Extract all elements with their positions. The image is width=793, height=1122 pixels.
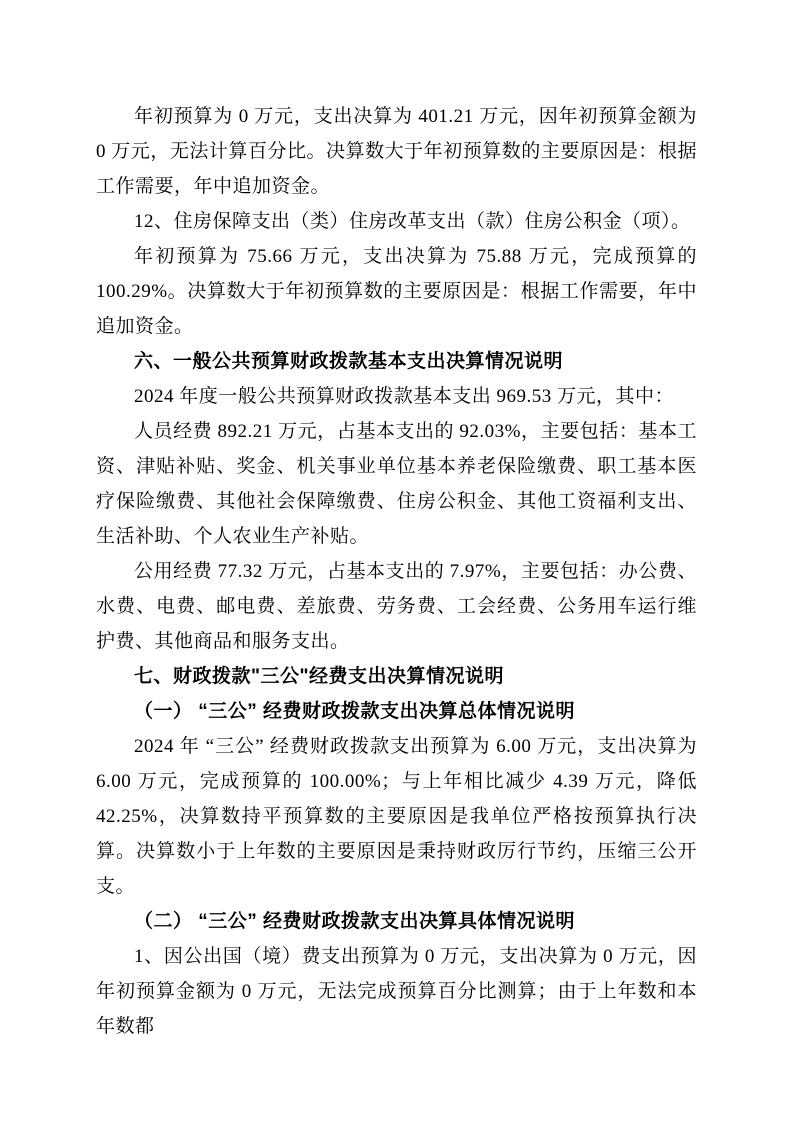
body-paragraph: 人员经费 892.21 万元，占基本支出的 92.03%，主要包括：基本工资、津…: [96, 414, 697, 554]
body-paragraph: 2024 年 “三公” 经费财政拨款支出预算为 6.00 万元，支出决算为 6.…: [96, 729, 697, 904]
section-heading: 七、财政拨款"三公"经费支出决算情况说明: [96, 659, 697, 694]
section-heading: 六、一般公共预算财政拨款基本支出决算情况说明: [96, 344, 697, 379]
body-paragraph: 1、因公出国（境）费支出预算为 0 万元，支出决算为 0 万元，因年初预算金额为…: [96, 939, 697, 1044]
body-paragraph: 年初预算为 0 万元，支出决算为 401.21 万元，因年初预算金额为 0 万元…: [96, 99, 697, 204]
body-paragraph: 公用经费 77.32 万元，占基本支出的 7.97%，主要包括：办公费、水费、电…: [96, 554, 697, 659]
section-heading: （二） “三公” 经费财政拨款支出决算具体情况说明: [96, 904, 697, 939]
document-text-body: 年初预算为 0 万元，支出决算为 401.21 万元，因年初预算金额为 0 万元…: [96, 99, 697, 1044]
body-paragraph: 年初预算为 75.66 万元，支出决算为 75.88 万元，完成预算的 100.…: [96, 239, 697, 344]
body-paragraph: 12、住房保障支出（类）住房改革支出（款）住房公积金（项）。: [96, 204, 697, 239]
body-paragraph: 2024 年度一般公共预算财政拨款基本支出 969.53 万元，其中：: [96, 379, 697, 414]
document-page: 年初预算为 0 万元，支出决算为 401.21 万元，因年初预算金额为 0 万元…: [0, 0, 793, 1122]
section-heading: （一） “三公” 经费财政拨款支出决算总体情况说明: [96, 694, 697, 729]
